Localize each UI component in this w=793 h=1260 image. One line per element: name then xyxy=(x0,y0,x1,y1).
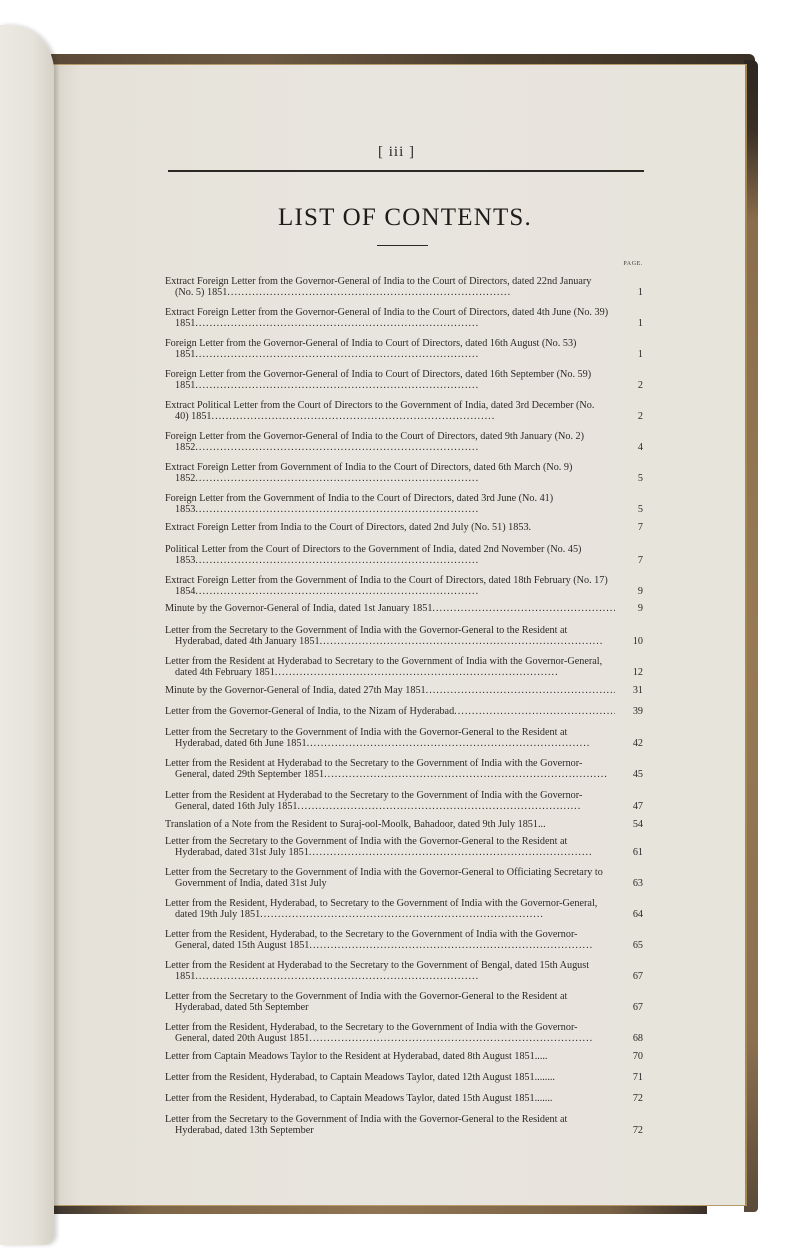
entry-page-number: 63 xyxy=(615,878,643,889)
dot-leader: ........................................… xyxy=(195,318,479,329)
contents-entry: Letter from the Resident, Hyderabad, to … xyxy=(165,929,643,951)
page-column-label: PAGE. xyxy=(610,261,643,267)
contents-entry: Extract Foreign Letter from Government o… xyxy=(165,462,643,484)
contents-entry: Letter from the Secretary to the Governm… xyxy=(165,991,643,1013)
title-rule xyxy=(377,245,428,246)
contents-entry: Letter from the Resident, Hyderabad, to … xyxy=(165,898,643,920)
entry-page-number: 10 xyxy=(615,636,643,647)
entry-title: Extract Foreign Letter from the Governor… xyxy=(165,276,615,298)
contents-entry: Foreign Letter from the Governor-General… xyxy=(165,369,643,391)
dot-leader: ........................................… xyxy=(227,287,511,298)
entry-page-number: 12 xyxy=(615,667,643,678)
contents-entry: Foreign Letter from the Governor-General… xyxy=(165,431,643,453)
entry-title: Letter from the Resident at Hyderabad to… xyxy=(165,656,615,678)
dot-leader: ........................................… xyxy=(432,603,615,614)
entry-title: Foreign Letter from the Governor-General… xyxy=(165,369,615,391)
contents-entry: Letter from the Resident at Hyderabad to… xyxy=(165,960,643,982)
entry-title: Political Letter from the Court of Direc… xyxy=(165,544,615,566)
dot-leader: ........................................… xyxy=(309,940,593,951)
dot-leader: ........................................… xyxy=(195,442,479,453)
contents-entry: Letter from the Governor-General of Indi… xyxy=(165,706,643,717)
contents-entry: Extract Foreign Letter from the Governor… xyxy=(165,276,643,298)
entry-page-number: 70 xyxy=(615,1051,643,1062)
entry-page-number: 42 xyxy=(615,738,643,749)
dot-leader: ........................................… xyxy=(195,586,479,597)
entry-title: Minute by the Governor-General of India,… xyxy=(165,603,615,614)
entry-title: Extract Foreign Letter from the Governme… xyxy=(165,575,615,597)
contents-entry: Letter from the Resident at Hyderabad to… xyxy=(165,790,643,812)
entry-page-number: 54 xyxy=(615,819,643,830)
entry-page-number: 2 xyxy=(615,411,643,422)
entry-title: Letter from the Secretary to the Governm… xyxy=(165,727,615,749)
contents-entry: Foreign Letter from the Government of In… xyxy=(165,493,643,515)
dot-leader: ........................................… xyxy=(454,706,615,717)
page-folio: [ iii ] xyxy=(0,144,793,161)
contents-entry: Letter from the Resident, Hyderabad, to … xyxy=(165,1022,643,1044)
entry-page-number: 1 xyxy=(615,318,643,329)
entry-page-number: 4 xyxy=(615,442,643,453)
contents-entry: Extract Political Letter from the Court … xyxy=(165,400,643,422)
entry-title: Letter from the Resident at Hyderabad to… xyxy=(165,960,615,982)
entry-title: Foreign Letter from the Governor-General… xyxy=(165,431,615,453)
dot-leader: ........................................… xyxy=(195,504,479,515)
dot-leader: ........................................… xyxy=(426,685,615,696)
entry-title: Extract Political Letter from the Court … xyxy=(165,400,615,422)
contents-entry: Extract Foreign Letter from the Governme… xyxy=(165,575,643,597)
header-rule xyxy=(168,170,644,172)
entry-title: Minute by the Governor-General of India,… xyxy=(165,685,615,696)
entry-title: Foreign Letter from the Governor-General… xyxy=(165,338,615,360)
entry-page-number: 2 xyxy=(615,380,643,391)
entry-title: Letter from the Resident, Hyderabad, to … xyxy=(165,929,615,951)
entry-title: Letter from the Resident, Hyderabad, to … xyxy=(165,898,615,920)
entry-page-number: 47 xyxy=(615,801,643,812)
entry-title: Letter from the Governor-General of Indi… xyxy=(165,706,615,717)
contents-entry: Letter from Captain Meadows Taylor to th… xyxy=(165,1051,643,1062)
entry-title: Letter from the Resident at Hyderabad to… xyxy=(165,758,615,780)
entry-page-number: 7 xyxy=(615,522,643,533)
dot-leader: ........................................… xyxy=(260,909,544,920)
page-title: LIST OF CONTENTS. xyxy=(160,204,650,232)
entry-page-number: 5 xyxy=(615,504,643,515)
entry-title: Letter from the Resident, Hyderabad, to … xyxy=(165,1022,615,1044)
contents-entry: Letter from the Resident at Hyderabad to… xyxy=(165,758,643,780)
contents-entry: Letter from the Secretary to the Governm… xyxy=(165,1114,643,1136)
contents-entry: Letter from the Secretary to the Governm… xyxy=(165,836,643,858)
contents-entry: Letter from the Resident at Hyderabad to… xyxy=(165,656,643,678)
entry-page-number: 39 xyxy=(615,706,643,717)
dot-leader: ........................................… xyxy=(298,801,582,812)
entry-title: Foreign Letter from the Government of In… xyxy=(165,493,615,515)
entry-page-number: 31 xyxy=(615,685,643,696)
contents-entry: Letter from the Secretary to the Governm… xyxy=(165,625,643,647)
contents-entry: Political Letter from the Court of Direc… xyxy=(165,544,643,566)
contents-entry: Minute by the Governor-General of India,… xyxy=(165,685,643,696)
dot-leader: ........................................… xyxy=(195,971,479,982)
entry-title: Extract Foreign Letter from Government o… xyxy=(165,462,615,484)
entry-title: Translation of a Note from the Resident … xyxy=(165,819,615,830)
entry-page-number: 67 xyxy=(615,971,643,982)
entry-title: Extract Foreign Letter from India to the… xyxy=(165,522,615,533)
contents-entry: Extract Foreign Letter from the Governor… xyxy=(165,307,643,329)
entry-page-number: 9 xyxy=(615,586,643,597)
contents-entry: Letter from the Resident, Hyderabad, to … xyxy=(165,1093,643,1104)
contents-entry: Letter from the Secretary to the Governm… xyxy=(165,867,643,889)
contents-entry: Foreign Letter from the Governor-General… xyxy=(165,338,643,360)
dot-leader: ........................................… xyxy=(309,847,593,858)
entry-page-number: 67 xyxy=(615,1002,643,1013)
entry-page-number: 9 xyxy=(615,603,643,614)
entry-page-number: 61 xyxy=(615,847,643,858)
entry-title: Letter from the Resident, Hyderabad, to … xyxy=(165,1072,615,1083)
dot-leader: ........................................… xyxy=(195,380,479,391)
contents-entry: Extract Foreign Letter from India to the… xyxy=(165,522,643,533)
entry-title: Letter from the Secretary to the Governm… xyxy=(165,991,615,1013)
entry-title: Letter from the Secretary to the Governm… xyxy=(165,867,615,889)
dot-leader: ........................................… xyxy=(195,349,479,360)
dot-leader: ........................................… xyxy=(324,769,608,780)
entry-title: Letter from the Resident at Hyderabad to… xyxy=(165,790,615,812)
entry-page-number: 7 xyxy=(615,555,643,566)
dot-leader: ........................................… xyxy=(195,473,479,484)
entry-page-number: 72 xyxy=(615,1093,643,1104)
entry-page-number: 5 xyxy=(615,473,643,484)
dot-leader: ........................................… xyxy=(195,555,479,566)
dot-leader: ........................................… xyxy=(275,667,559,678)
entry-page-number: 68 xyxy=(615,1033,643,1044)
dot-leader: ........................................… xyxy=(320,636,604,647)
entry-page-number: 1 xyxy=(615,349,643,360)
entry-page-number: 72 xyxy=(615,1125,643,1136)
entry-page-number: 65 xyxy=(615,940,643,951)
entry-page-number: 64 xyxy=(615,909,643,920)
entry-title: Letter from the Resident, Hyderabad, to … xyxy=(165,1093,615,1104)
contents-entry: Minute by the Governor-General of India,… xyxy=(165,603,643,614)
contents-entry: Translation of a Note from the Resident … xyxy=(165,819,643,830)
entry-page-number: 1 xyxy=(615,287,643,298)
entry-page-number: 71 xyxy=(615,1072,643,1083)
dot-leader: ........................................… xyxy=(212,411,496,422)
contents-entry: Letter from the Resident, Hyderabad, to … xyxy=(165,1072,643,1083)
dot-leader: ........................................… xyxy=(309,1033,593,1044)
entry-title: Extract Foreign Letter from the Governor… xyxy=(165,307,615,329)
entry-title: Letter from the Secretary to the Governm… xyxy=(165,625,615,647)
entry-title: Letter from Captain Meadows Taylor to th… xyxy=(165,1051,615,1062)
entry-page-number: 45 xyxy=(615,769,643,780)
entry-title: Letter from the Secretary to the Governm… xyxy=(165,1114,615,1136)
entry-title: Letter from the Secretary to the Governm… xyxy=(165,836,615,858)
dot-leader: ........................................… xyxy=(307,738,591,749)
curled-left-page xyxy=(0,25,54,1245)
contents-entry: Letter from the Secretary to the Governm… xyxy=(165,727,643,749)
